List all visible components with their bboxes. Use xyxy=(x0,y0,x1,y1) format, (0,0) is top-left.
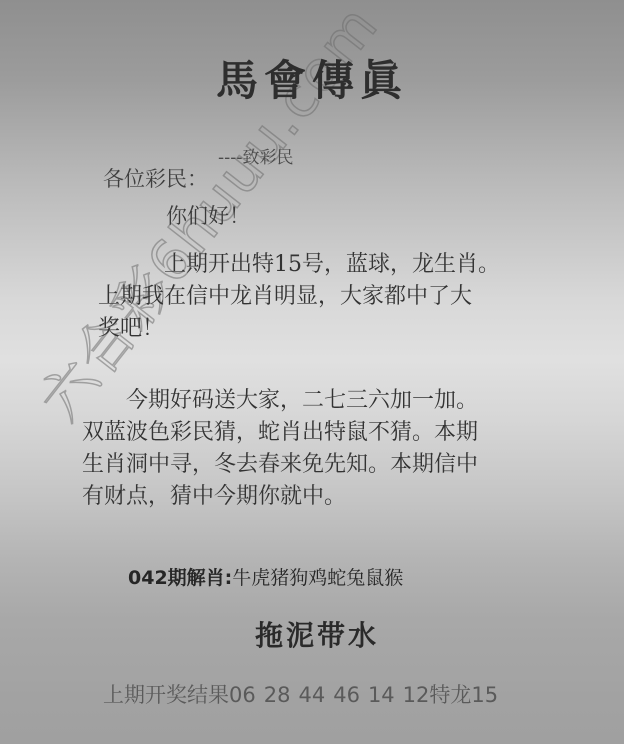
result-label: 上期开奖结果 xyxy=(103,683,229,707)
result-number: 14 xyxy=(368,683,395,707)
paragraph-line: 双蓝波色彩民猜，蛇肖出特鼠不猜。本期 xyxy=(82,417,542,449)
result-number: 46 xyxy=(333,683,360,707)
result-number: 28 xyxy=(264,683,291,707)
paragraph-line: 上期开出特15号，蓝球，龙生肖。 xyxy=(98,249,538,281)
paragraph-line: 今期好码送大家，二七三六加一加。 xyxy=(82,385,542,417)
result-number: 06 xyxy=(229,683,256,707)
greeting: 你们好！ xyxy=(166,200,250,230)
paragraph-last-issue: 上期开出特15号，蓝球，龙生肖。 上期我在信中龙肖明显，大家都中了大 奖吧！ xyxy=(98,249,538,345)
special-number: 15 xyxy=(471,683,498,707)
special-label: 特龙 xyxy=(429,683,471,707)
result-number: 44 xyxy=(298,683,325,707)
paragraph-this-issue: 今期好码送大家，二七三六加一加。 双蓝波色彩民猜，蛇肖出特鼠不猜。本期 生肖洞中… xyxy=(82,385,542,513)
result-number: 12 xyxy=(403,683,430,707)
salutation: 各位彩民： xyxy=(103,163,208,193)
slogan: 拖泥带水 xyxy=(0,614,624,654)
decode-label: 042期解肖: xyxy=(128,567,232,589)
page-title: 馬會傳眞 xyxy=(0,48,624,108)
decode-zodiacs: 牛虎猪狗鸡蛇兔鼠猴 xyxy=(232,567,403,589)
paragraph-line: 生肖洞中寻，冬去春来免先知。本期信中 xyxy=(82,449,542,481)
fax-document: 六合彩6huuu.com 馬會傳眞 ----致彩民 各位彩民： 你们好！ 上期开… xyxy=(0,0,624,744)
dedication: ----致彩民 xyxy=(218,143,294,168)
paragraph-line: 上期我在信中龙肖明显，大家都中了大 xyxy=(98,281,538,313)
last-draw-result: 上期开奖结果062844461412特龙15 xyxy=(103,679,498,709)
zodiac-decode: 042期解肖:牛虎猪狗鸡蛇兔鼠猴 xyxy=(128,563,403,590)
paragraph-line: 奖吧！ xyxy=(98,313,538,345)
paragraph-line: 有财点，猜中今期你就中。 xyxy=(82,481,542,513)
